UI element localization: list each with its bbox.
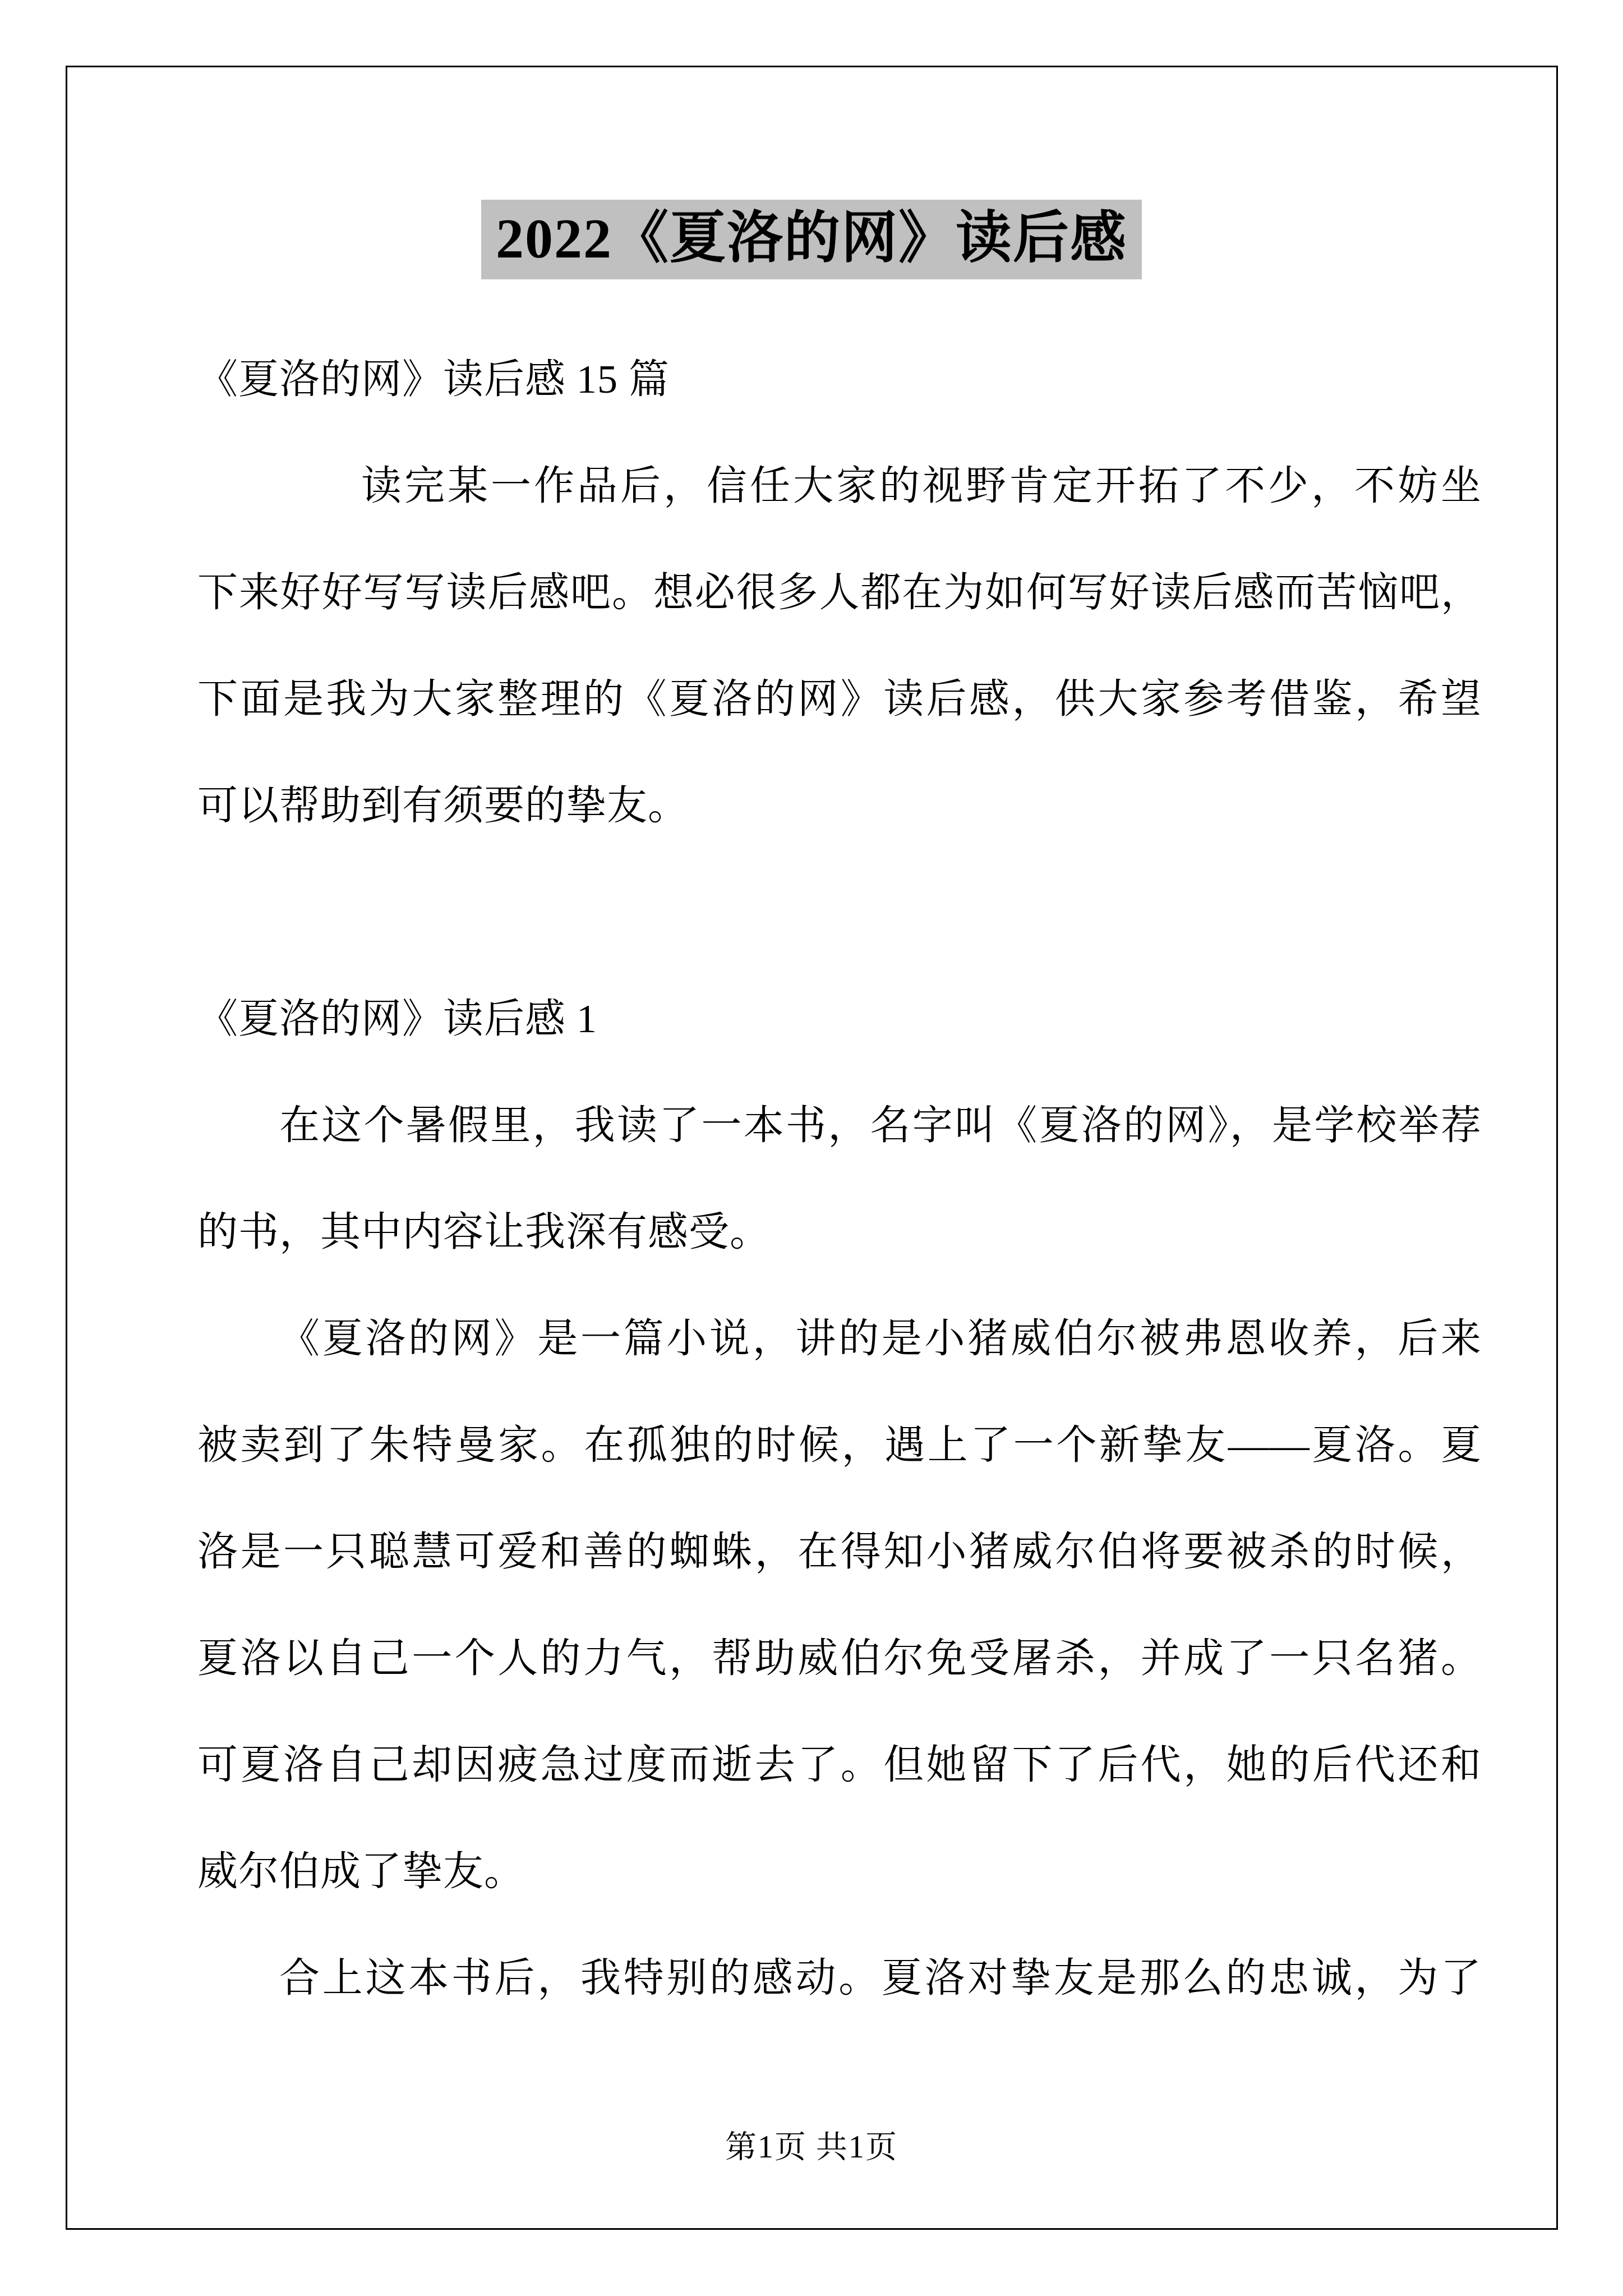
text-line: 读完某一作品后，信任大家的视野肯定开拓了不少，不妨坐 [197, 432, 1482, 539]
text-line: 可夏洛自己却因疲急过度而逝去了。但她留下了后代，她的后代还和 [197, 1711, 1482, 1818]
page-number-text: 第1页 共1页 [725, 2130, 898, 2165]
text-line: 威尔伯成了挚友。 [197, 1818, 1482, 1925]
document-title: 2022《夏洛的网》读后感 [481, 200, 1142, 279]
text-line: 可以帮助到有须要的挚友。 [197, 752, 1482, 859]
text-line [197, 859, 1482, 965]
document-page: 2022《夏洛的网》读后感 《夏洛的网》读后感 15 篇读完某一作品后，信任大家… [0, 0, 1623, 2296]
text-line: 在这个暑假里，我读了一本书，名字叫《夏洛的网》，是学校举荐 [197, 1072, 1482, 1179]
page-number-footer: 第1页 共1页 [66, 2129, 1557, 2166]
text-line: 被卖到了朱特曼家。在孤独的时候，遇上了一个新挚友——夏洛。夏 [197, 1392, 1482, 1498]
text-line: 《夏洛的网》读后感 1 [197, 965, 1482, 1072]
title-row: 2022《夏洛的网》读后感 [66, 200, 1557, 279]
text-line: 《夏洛的网》读后感 15 篇 [197, 326, 1482, 432]
text-line: 下面是我为大家整理的《夏洛的网》读后感，供大家参考借鉴，希望 [197, 646, 1482, 752]
text-line: 夏洛以自己一个人的力气，帮助威伯尔免受屠杀，并成了一只名猪。 [197, 1605, 1482, 1711]
document-body: 《夏洛的网》读后感 15 篇读完某一作品后，信任大家的视野肯定开拓了不少，不妨坐… [197, 326, 1482, 2031]
text-line: 的书，其中内容让我深有感受。 [197, 1179, 1482, 1285]
text-line: 洛是一只聪慧可爱和善的蜘蛛，在得知小猪威尔伯将要被杀的时候， [197, 1498, 1482, 1605]
text-line: 《夏洛的网》是一篇小说，讲的是小猪威伯尔被弗恩收养，后来 [197, 1285, 1482, 1392]
text-line: 下来好好写写读后感吧。想必很多人都在为如何写好读后感而苦恼吧， [197, 539, 1482, 646]
text-line: 合上这本书后，我特别的感动。夏洛对挚友是那么的忠诚，为了 [197, 1925, 1482, 2031]
